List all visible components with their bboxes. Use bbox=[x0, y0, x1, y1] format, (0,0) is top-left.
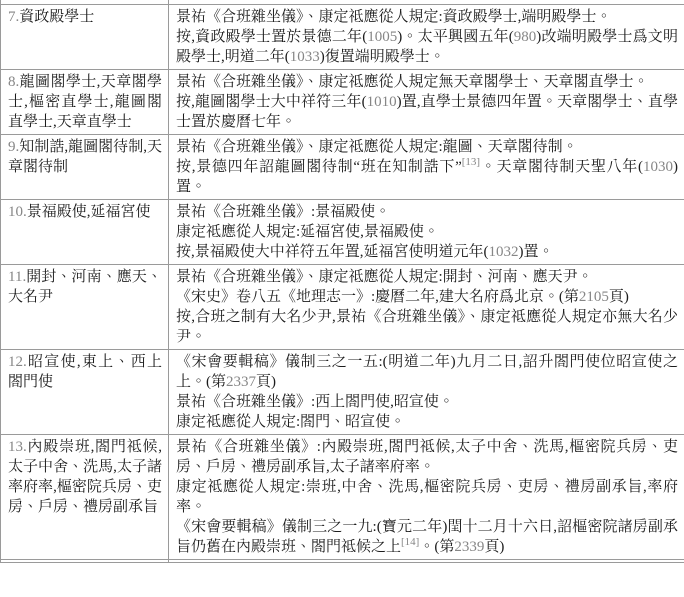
note-paragraph: 按,龍圖閣學士大中祥符三年(1010)置,直學士景德四年置。天章閣學士、直學士置… bbox=[176, 92, 678, 132]
note-paragraph: 按,資政殿學士置於景德二年(1005)。太平興國五年(980)改端明殿學士爲文明… bbox=[176, 27, 678, 67]
ranks-table: 6.觀文殿學士 7.資政殿學士 景祐《合班雜坐儀》、康定祗應從人規定:資政殿學士… bbox=[0, 0, 684, 563]
table-row: 7.資政殿學士 景祐《合班雜坐儀》、康定祗應從人規定:資政殿學士,端明殿學士。按… bbox=[1, 5, 684, 70]
note-paragraph: 景祐《合班雜坐儀》、康定祗應從人規定:開封、河南、應天尹。 bbox=[176, 267, 678, 287]
numeral: 2337 bbox=[226, 374, 256, 390]
numeral: 1033 bbox=[290, 49, 320, 65]
table-row: 9.知制誥,龍圖閣待制,天章閣待制 景祐《合班雜坐儀》、康定祗應從人規定:龍圖、… bbox=[1, 135, 684, 200]
table-row: 8.龍圖閣學士,天章閣學士,樞密直學士,龍圖閣直學士,天章直學士 景祐《合班雜坐… bbox=[1, 70, 684, 135]
rank-title-cell: 13.內殿崇班,閤門祗候,太子中舍、洗馬,太子諸率府率,樞密院兵房、吏房、戶房、… bbox=[1, 435, 169, 560]
rank-title-cell: 7.資政殿學士 bbox=[1, 5, 169, 70]
table-row: 13.內殿崇班,閤門祗候,太子中舍、洗馬,太子諸率府率,樞密院兵房、吏房、戶房、… bbox=[1, 435, 684, 560]
row-number: 10. bbox=[8, 204, 27, 220]
rank-notes-cell: 景祐《合班雜坐儀》、康定祗應從人規定:開封、河南、應天尹。《宋史》卷八五《地理志… bbox=[169, 265, 684, 350]
numeral: 2339 bbox=[454, 539, 484, 555]
note-paragraph: 按,合班之制有大名少尹,景祐《合班雜坐儀》、康定祗應從人規定亦無大名少尹。 bbox=[176, 307, 678, 347]
note-paragraph: 《宋史》卷八五《地理志一》:慶曆二年,建大名府爲北京。(第2105頁) bbox=[176, 287, 678, 307]
numeral: 2105 bbox=[579, 289, 609, 305]
row-number: 9. bbox=[8, 139, 19, 155]
footnote-ref[interactable]: [13] bbox=[462, 156, 480, 168]
rank-title-cell: 12.昭宣使,東上、西上閤門使 bbox=[1, 350, 169, 435]
rank-title: 10.景福殿使,延福宮使 bbox=[8, 202, 162, 222]
rank-notes-cell: 景祐《合班雜坐儀》、康定祗應從人規定:資政殿學士,端明殿學士。按,資政殿學士置於… bbox=[169, 5, 684, 70]
rank-notes-cell: 景祐《合班雜坐儀》:內殿崇班,閤門祗候,太子中舍、洗馬,樞密院兵房、吏房、戶房、… bbox=[169, 435, 684, 560]
numeral: 1010 bbox=[367, 94, 397, 110]
rank-notes-cell: 景祐《合班雜坐儀》:景福殿使。康定祗應從人規定:延福宮使,景福殿使。按,景福殿使… bbox=[169, 200, 684, 265]
note-paragraph: 景祐《合班雜坐儀》、康定祗應從人規定:資政殿學士,端明殿學士。 bbox=[176, 7, 678, 27]
numeral: 1030 bbox=[643, 159, 673, 175]
rank-notes-cell: 景祐《合班雜坐儀》、康定祗應從人規定無天章閣學士、天章閣直學士。按,龍圖閣學士大… bbox=[169, 70, 684, 135]
table-row: 12.昭宣使,東上、西上閤門使 《宋會要輯稿》儀制三之一五:(明道二年)九月二日… bbox=[1, 350, 684, 435]
rank-title-cell: 8.龍圖閣學士,天章閣學士,樞密直學士,龍圖閣直學士,天章直學士 bbox=[1, 70, 169, 135]
rank-title-cell: 10.景福殿使,延福宮使 bbox=[1, 200, 169, 265]
rank-notes-cell: 《宋會要輯稿》儀制三之一五:(明道二年)九月二日,詔升閤門使位昭宣使之上。(第2… bbox=[169, 350, 684, 435]
note-paragraph: 《宋會要輯稿》儀制三之一九:(寶元二年)閏十二月十六日,詔樞密院諸房副承旨仍舊在… bbox=[176, 517, 678, 557]
table-row: 10.景福殿使,延福宮使 景祐《合班雜坐儀》:景福殿使。康定祗應從人規定:延福宮… bbox=[1, 200, 684, 265]
rank-title-cell: 11.開封、河南、應天、大名尹 bbox=[1, 265, 169, 350]
partial-rank-notes-cell bbox=[169, 560, 684, 563]
row-number: 11. bbox=[8, 269, 26, 285]
numeral: 1005 bbox=[367, 29, 397, 45]
rank-title: 12.昭宣使,東上、西上閤門使 bbox=[8, 352, 162, 392]
rank-title-cell: 9.知制誥,龍圖閣待制,天章閣待制 bbox=[1, 135, 169, 200]
partial-row-bottom bbox=[1, 560, 684, 563]
numeral: 980 bbox=[514, 29, 537, 45]
note-paragraph: 康定祗應從人規定:延福宮使,景福殿使。 bbox=[176, 222, 678, 242]
note-paragraph: 按,景福殿使大中祥符五年置,延福宮使明道元年(1032)置。 bbox=[176, 242, 678, 262]
note-paragraph: 康定祗應從人規定:崇班,中舍、洗馬,樞密院兵房、吏房、禮房副承旨,率府率。 bbox=[176, 477, 678, 517]
clipped-text: 6.觀文殿學士 bbox=[7, 0, 162, 4]
numeral: 6 bbox=[7, 0, 15, 2]
numeral: 1032 bbox=[489, 244, 519, 260]
rank-title: 9.知制誥,龍圖閣待制,天章閣待制 bbox=[8, 137, 162, 177]
rank-title: 11.開封、河南、應天、大名尹 bbox=[8, 267, 162, 307]
rank-notes-cell: 景祐《合班雜坐儀》、康定祗應從人規定:龍圖、天章閣待制。按,景德四年詔龍圖閣待制… bbox=[169, 135, 684, 200]
note-paragraph: 《宋會要輯稿》儀制三之一五:(明道二年)九月二日,詔升閤門使位昭宣使之上。(第2… bbox=[176, 352, 678, 392]
note-paragraph: 景祐《合班雜坐儀》:內殿崇班,閤門祗候,太子中舍、洗馬,樞密院兵房、吏房、戶房、… bbox=[176, 437, 678, 477]
row-number: 13. bbox=[8, 439, 27, 455]
note-paragraph: 景祐《合班雜坐儀》:景福殿使。 bbox=[176, 202, 678, 222]
table-row: 11.開封、河南、應天、大名尹 景祐《合班雜坐儀》、康定祗應從人規定:開封、河南… bbox=[1, 265, 684, 350]
note-paragraph: 景祐《合班雜坐儀》、康定祗應從人規定:龍圖、天章閣待制。 bbox=[176, 137, 678, 157]
note-paragraph: 景祐《合班雜坐儀》:西上閤門使,昭宣使。 bbox=[176, 392, 678, 412]
note-paragraph: 景祐《合班雜坐儀》、康定祗應從人規定無天章閣學士、天章閣直學士。 bbox=[176, 72, 678, 92]
footnote-ref[interactable]: [14] bbox=[401, 536, 419, 548]
row-number: 7. bbox=[8, 9, 19, 25]
row-number: 12. bbox=[8, 354, 27, 370]
note-paragraph: 康定祗應從人規定:閤門、昭宣使。 bbox=[176, 412, 678, 432]
document-page: 6.觀文殿學士 7.資政殿學士 景祐《合班雜坐儀》、康定祗應從人規定:資政殿學士… bbox=[0, 0, 684, 563]
ranks-table-body: 6.觀文殿學士 7.資政殿學士 景祐《合班雜坐儀》、康定祗應從人規定:資政殿學士… bbox=[1, 0, 684, 563]
note-paragraph: 按,景德四年詔龍圖閣待制“班在知制誥下”[13]。天章閣待制天聖八年(1030)… bbox=[176, 157, 678, 197]
rank-title: 13.內殿崇班,閤門祗候,太子中舍、洗馬,太子諸率府率,樞密院兵房、吏房、戶房、… bbox=[8, 437, 162, 517]
rank-title: 7.資政殿學士 bbox=[8, 7, 162, 27]
row-number: 8. bbox=[8, 74, 19, 90]
rank-title: 8.龍圖閣學士,天章閣學士,樞密直學士,龍圖閣直學士,天章直學士 bbox=[8, 72, 162, 132]
partial-rank-title-cell bbox=[1, 560, 169, 563]
